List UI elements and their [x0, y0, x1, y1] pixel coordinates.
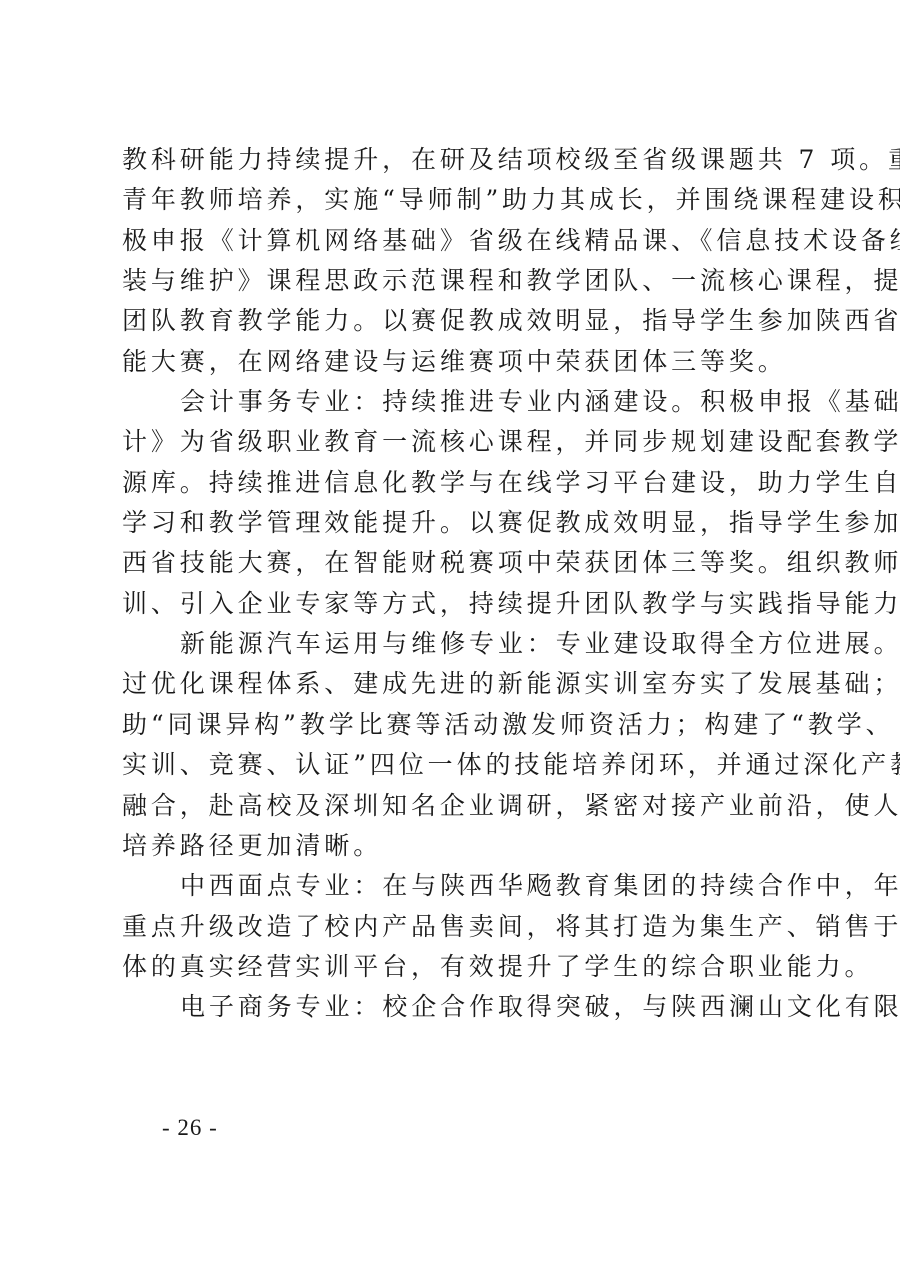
- paragraph-start-accounting: 会计事务专业：持续推进专业内涵建设。积极申报《基础会: [122, 382, 788, 422]
- text-line: 助“同课异构”教学比赛等活动激发师资活力；构建了“教学、: [122, 705, 788, 745]
- text-line: 学习和教学管理效能提升。以赛促教成效明显，指导学生参加陕: [122, 503, 788, 543]
- text-line: 实训、竞赛、认证”四位一体的技能培养闭环，并通过深化产教: [122, 745, 788, 785]
- body-text: 教科研能力持续提升，在研及结项校级至省级课题共 7 项。重视 青年教师培养，实施…: [122, 140, 788, 1028]
- text-line: 重点升级改造了校内产品售卖间，将其打造为集生产、销售于一: [122, 907, 788, 947]
- text-line: 极申报《计算机网络基础》省级在线精品课、《信息技术设备组: [122, 221, 788, 261]
- text-line: 青年教师培养，实施“导师制”助力其成长，并围绕课程建设积: [122, 180, 788, 220]
- paragraph-start-ecommerce: 电子商务专业：校企合作取得突破，与陕西澜山文化有限公: [122, 987, 788, 1027]
- text-line: 教科研能力持续提升，在研及结项校级至省级课题共 7 项。重视: [122, 140, 788, 180]
- document-page: 教科研能力持续提升，在研及结项校级至省级课题共 7 项。重视 青年教师培养，实施…: [0, 0, 900, 1273]
- text-line: 训、引入企业专家等方式，持续提升团队教学与实践指导能力。: [122, 584, 788, 624]
- paragraph-start-pastry: 中西面点专业：在与陕西华飏教育集团的持续合作中，年内: [122, 866, 788, 906]
- text-line: 团队教育教学能力。以赛促教成效明显，指导学生参加陕西省技: [122, 301, 788, 341]
- text-line: 能大赛，在网络建设与运维赛项中荣获团体三等奖。: [122, 342, 788, 382]
- text-line: 西省技能大赛，在智能财税赛项中荣获团体三等奖。组织教师培: [122, 543, 788, 583]
- text-line: 体的真实经营实训平台，有效提升了学生的综合职业能力。: [122, 947, 788, 987]
- text-line: 计》为省级职业教育一流核心课程，并同步规划建设配套教学资: [122, 422, 788, 462]
- text-line: 过优化课程体系、建成先进的新能源实训室夯实了发展基础；借: [122, 664, 788, 704]
- page-number: - 26 -: [162, 1113, 218, 1143]
- text-line: 融合，赴高校及深圳知名企业调研，紧密对接产业前沿，使人才: [122, 786, 788, 826]
- text-line: 培养路径更加清晰。: [122, 826, 788, 866]
- paragraph-start-new-energy-vehicle: 新能源汽车运用与维修专业：专业建设取得全方位进展。通: [122, 624, 788, 664]
- text-line: 源库。持续推进信息化教学与在线学习平台建设，助力学生自主: [122, 463, 788, 503]
- text-line: 装与维护》课程思政示范课程和教学团队、一流核心课程，提高: [122, 261, 788, 301]
